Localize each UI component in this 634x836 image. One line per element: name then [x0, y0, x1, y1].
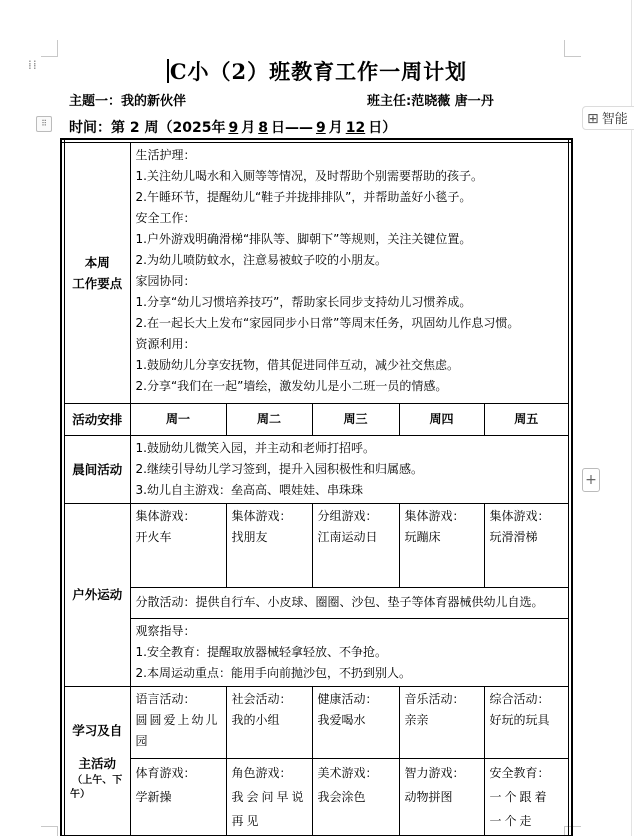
learning-monday-pm[interactable]: 体育游戏：学新操: [130, 758, 226, 836]
label-line: （上午、下: [70, 774, 125, 788]
plus-icon: +: [585, 472, 597, 488]
activity-name: 圆圆爱上幼儿园: [136, 713, 220, 748]
activity-name: 我会问早说再见: [232, 790, 307, 828]
schedule-header-row: 活动安排 周一 周二 周三 周四 周五: [63, 403, 570, 435]
game-type: 集体游戏：: [232, 506, 307, 527]
time-line: 时间：第 2 周（2025年9月8日——9月12日）: [69, 117, 396, 137]
activity-name: 我的小组: [232, 710, 307, 731]
label-line: 学习及自: [70, 720, 125, 741]
game-type: 集体游戏：: [490, 506, 564, 527]
activity-type: 智力游戏：: [405, 761, 479, 785]
page-corner-mark-top-right: [564, 40, 581, 57]
focus-line: 家园协同：: [136, 271, 564, 292]
text-cursor: [167, 59, 169, 83]
day-header-tuesday: 周二: [226, 403, 312, 435]
morning-line: 3.幼儿自主游戏：垒高高、喂娃娃、串珠珠: [136, 480, 564, 501]
schedule-label: 活动安排: [63, 403, 130, 435]
day-header-thursday: 周四: [399, 403, 484, 435]
focus-line: 1.分享“幼儿习惯培养技巧”，帮助家长同步支持幼儿习惯养成。: [136, 292, 564, 313]
time-prefix: 时间：第 2 周（2025年: [69, 120, 225, 136]
end-day: 12: [343, 120, 368, 136]
day-header-monday: 周一: [130, 403, 226, 435]
outdoor-game-friday[interactable]: 集体游戏：玩滑滑梯: [484, 503, 570, 587]
activity-name: 我会涂色: [318, 785, 394, 809]
game-name: 找朋友: [232, 527, 307, 548]
guidance-line: 观察指导：: [136, 621, 564, 642]
weekly-focus-label: 本周 工作要点: [63, 141, 130, 403]
activity-type: 安全教育：: [490, 761, 564, 785]
activity-name: 我爱喝水: [318, 710, 394, 731]
activity-type: 综合活动：: [490, 689, 564, 710]
learning-monday-am[interactable]: 语言活动：圆圆爱上幼儿园: [130, 686, 226, 758]
free-play-text: 分散活动：提供自行车、小皮球、圈圈、沙包、垫子等体育器械供幼儿自选。: [136, 592, 564, 613]
page-corner-mark-bottom-left: [41, 826, 58, 836]
morning-activity-row: 晨间活动 1.鼓励幼儿微笑入园，并主动和老师打招呼。 2.继续引导幼儿学习签到，…: [63, 435, 570, 503]
learning-label: 学习及自 主活动 （上午、下 午）: [63, 686, 130, 836]
learning-tuesday-am[interactable]: 社会活动：我的小组: [226, 686, 312, 758]
morning-label: 晨间活动: [63, 435, 130, 503]
month-label: 月: [241, 120, 255, 136]
focus-line: 2.午睡环节，提醒幼儿“鞋子并拢排排队”，并帮助盖好小毯子。: [136, 187, 564, 208]
month-label: 月: [329, 120, 343, 136]
time-separator: 日——: [271, 120, 313, 136]
start-day: 8: [255, 120, 271, 136]
game-type: 集体游戏：: [136, 506, 221, 527]
activity-name: 一个跟着一个走: [490, 790, 550, 828]
morning-content[interactable]: 1.鼓励幼儿微笑入园，并主动和老师打招呼。 2.继续引导幼儿学习签到，提升入园积…: [130, 435, 570, 503]
activity-type: 体育游戏：: [136, 761, 221, 785]
weekly-focus-content[interactable]: 生活护理： 1.关注幼儿喝水和入厕等等情况，及时帮助个别需要帮助的孩子。 2.午…: [130, 141, 570, 403]
learning-tuesday-pm[interactable]: 角色游戏：我会问早说再见: [226, 758, 312, 836]
end-month: 9: [313, 120, 329, 136]
theme-value: 我的新伙伴: [121, 94, 186, 109]
teacher-line: 班主任:范晓薇 唐一丹: [367, 90, 494, 109]
activity-name: 亲亲: [405, 710, 479, 731]
theme-label: 主题一：: [69, 94, 121, 109]
add-row-button[interactable]: +: [582, 468, 600, 492]
learning-thursday-pm[interactable]: 智力游戏：动物拼图: [399, 758, 484, 836]
activity-name: 好玩的玩具: [490, 710, 564, 731]
activity-type: 美术游戏：: [318, 761, 394, 785]
focus-line: 1.户外游戏明确滑梯“排队等、脚朝下”等规则，关注关键位置。: [136, 229, 564, 250]
learning-friday-pm[interactable]: 安全教育：一个跟着一个走: [484, 758, 570, 836]
outdoor-game-wednesday[interactable]: 分组游戏：江南运动日: [312, 503, 399, 587]
learning-row-2: 体育游戏：学新操 角色游戏：我会问早说再见 美术游戏：我会涂色 智力游戏：动物拼…: [63, 758, 570, 836]
title-text: C小（2）班教育工作一周计划: [170, 59, 467, 84]
label-line: 工作要点: [70, 273, 125, 294]
game-type: 集体游戏：: [405, 506, 479, 527]
start-month: 9: [225, 120, 241, 136]
outdoor-game-tuesday[interactable]: 集体游戏：找朋友: [226, 503, 312, 587]
focus-line: 1.关注幼儿喝水和入厕等等情况，及时帮助个别需要帮助的孩子。: [136, 166, 564, 187]
day-header-wednesday: 周三: [312, 403, 399, 435]
outdoor-game-monday[interactable]: 集体游戏：开火车: [130, 503, 226, 587]
learning-wednesday-pm[interactable]: 美术游戏：我会涂色: [312, 758, 399, 836]
focus-line: 2.分享“我们在一起”墙绘，激发幼儿是小二班一员的情感。: [136, 376, 564, 397]
theme-line: 主题一：我的新伙伴: [69, 90, 186, 109]
activity-name: 动物拼图: [405, 785, 479, 809]
label-line: 主活动: [70, 753, 125, 774]
label-spacer: [70, 741, 125, 753]
focus-line: 资源利用：: [136, 334, 564, 355]
weekly-focus-row: 本周 工作要点 生活护理： 1.关注幼儿喝水和入厕等等情况，及时帮助个别需要帮助…: [63, 141, 570, 403]
learning-row-1: 学习及自 主活动 （上午、下 午） 语言活动：圆圆爱上幼儿园 社会活动：我的小组…: [63, 686, 570, 758]
focus-line: 2.在一起长大上发布“家园同步小日常”等周末任务，巩固幼儿作息习惯。: [136, 313, 564, 334]
learning-friday-am[interactable]: 综合活动：好玩的玩具: [484, 686, 570, 758]
game-type: 分组游戏：: [318, 506, 394, 527]
focus-line: 生活护理：: [136, 145, 564, 166]
guidance-content[interactable]: 观察指导： 1.安全教育：提醒取放器械轻拿轻放、不争抢。 2.本周运动重点：能用…: [130, 618, 570, 686]
document-title: C小（2）班教育工作一周计划: [0, 56, 634, 86]
guidance-line: 2.本周运动重点：能用手向前抛沙包，不扔到别人。: [136, 663, 564, 684]
activity-name: 学新操: [136, 785, 221, 809]
learning-thursday-am[interactable]: 音乐活动：亲亲: [399, 686, 484, 758]
activity-type: 社会活动：: [232, 689, 307, 710]
outdoor-label: 户外运动: [63, 503, 130, 686]
morning-line: 2.继续引导幼儿学习签到，提升入园积极性和归属感。: [136, 459, 564, 480]
activity-type: 健康活动：: [318, 689, 394, 710]
outdoor-games-row: 户外运动 集体游戏：开火车 集体游戏：找朋友 分组游戏：江南运动日 集体游戏：玩…: [63, 503, 570, 587]
outdoor-free-play-row: 分散活动：提供自行车、小皮球、圈圈、沙包、垫子等体育器械供幼儿自选。: [63, 587, 570, 618]
learning-wednesday-am[interactable]: 健康活动：我爱喝水: [312, 686, 399, 758]
smart-assistant-button[interactable]: ⊞智能: [582, 106, 634, 130]
focus-line: 2.为幼儿喷防蚊水，注意易被蚊子咬的小朋友。: [136, 250, 564, 271]
activity-type: 角色游戏：: [232, 761, 307, 785]
table-move-handle-icon[interactable]: ⠿: [36, 116, 52, 132]
time-suffix: 日）: [368, 120, 396, 136]
outdoor-guidance-row: 观察指导： 1.安全教育：提醒取放器械轻拿轻放、不争抢。 2.本周运动重点：能用…: [63, 618, 570, 686]
game-name: 江南运动日: [318, 527, 394, 548]
page-corner-mark-top-left: [41, 40, 58, 57]
label-line: 本周: [70, 252, 125, 273]
teacher-value: 范晓薇 唐一丹: [411, 94, 494, 109]
morning-line: 1.鼓励幼儿微笑入园，并主动和老师打招呼。: [136, 438, 564, 459]
teacher-label: 班主任:: [367, 94, 411, 109]
focus-line: 1.鼓励幼儿分享安抚物，借其促进同伴互动，减少社交焦虑。: [136, 355, 564, 376]
activity-type: 语言活动：: [136, 689, 221, 710]
activity-type: 音乐活动：: [405, 689, 479, 710]
free-play-content[interactable]: 分散活动：提供自行车、小皮球、圈圈、沙包、垫子等体育器械供幼儿自选。: [130, 587, 570, 618]
game-name: 玩滑滑梯: [490, 527, 564, 548]
guidance-line: 1.安全教育：提醒取放器械轻拿轻放、不争抢。: [136, 642, 564, 663]
smart-layout-icon: ⊞: [587, 111, 599, 127]
smart-button-label: 智能: [602, 112, 628, 127]
weekly-plan-table: 本周 工作要点 生活护理： 1.关注幼儿喝水和入厕等等情况，及时帮助个别需要帮助…: [61, 139, 572, 836]
game-name: 玩蹦床: [405, 527, 479, 548]
focus-line: 安全工作：: [136, 208, 564, 229]
game-name: 开火车: [136, 527, 221, 548]
outdoor-game-thursday[interactable]: 集体游戏：玩蹦床: [399, 503, 484, 587]
day-header-friday: 周五: [484, 403, 570, 435]
label-line: 午）: [70, 788, 125, 802]
